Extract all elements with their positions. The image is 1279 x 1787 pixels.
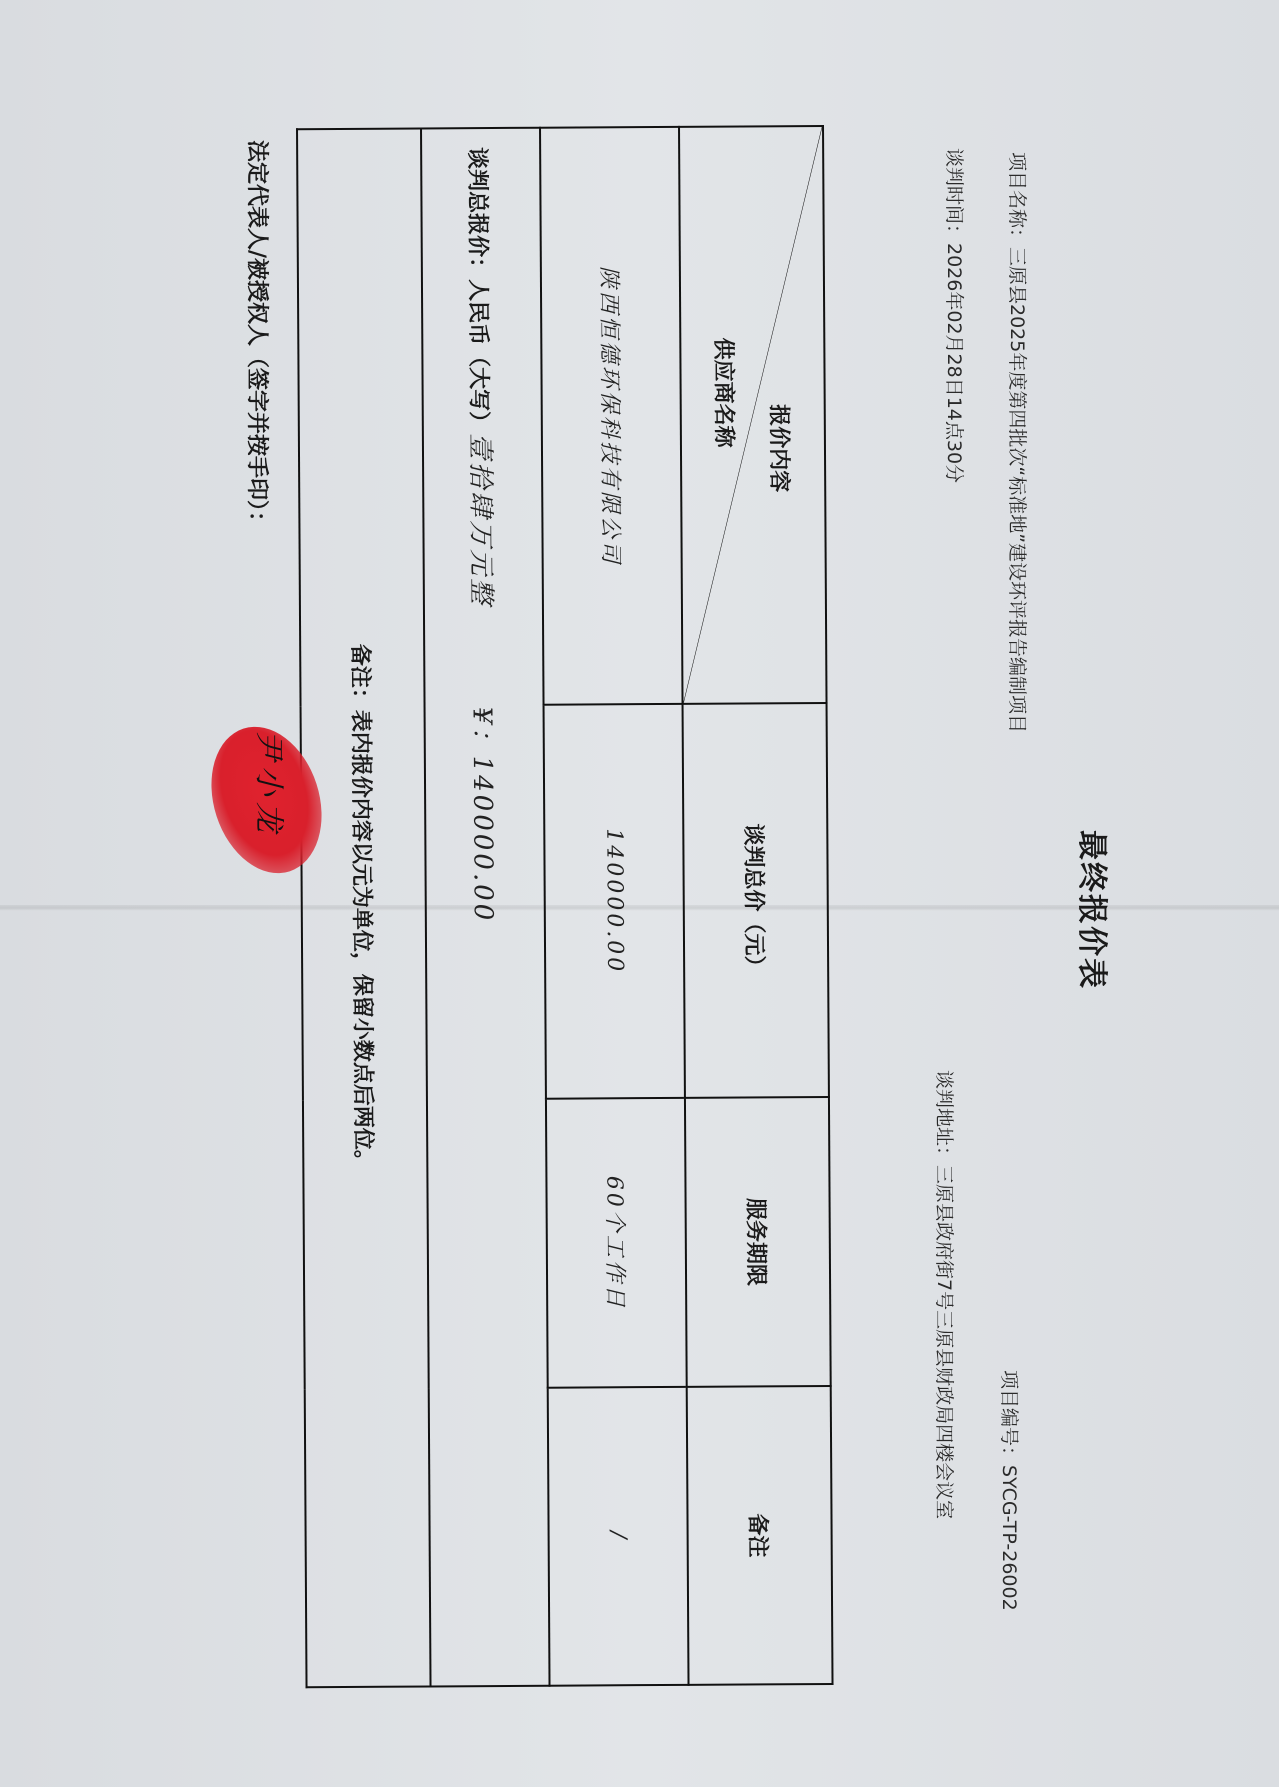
project-code: 项目编号：SYCG-TP-26002 bbox=[997, 1370, 1024, 1611]
total-price: 140000.00 bbox=[544, 704, 685, 1099]
supplier-name: 陕西恒德环保科技有限公司 bbox=[540, 127, 683, 705]
quote-table: 报价内容 供应商名称 谈判总价（元） 服务期限 备注 陕西恒德环保科技有限公司 … bbox=[296, 125, 834, 1688]
signature-name: 尹小龙 bbox=[250, 730, 294, 838]
header-remark: 备注 bbox=[687, 1386, 833, 1685]
header-supplier-name: 供应商名称 bbox=[709, 338, 741, 448]
page-title: 最终报价表 bbox=[1073, 830, 1117, 990]
total-label: 谈判总报价：人民币（大写） bbox=[464, 147, 491, 433]
header-quote-content: 报价内容 bbox=[765, 404, 797, 492]
negotiation-time: 谈判时间：2026年02月28日14点30分 bbox=[942, 148, 969, 483]
total-cell: 谈判总报价：人民币（大写）壹拾肆万元整¥：140000.00 bbox=[421, 128, 550, 1687]
diagonal-header-cell: 报价内容 供应商名称 bbox=[679, 126, 827, 704]
table-row: 陕西恒德环保科技有限公司 140000.00 60个工作日 / bbox=[540, 127, 689, 1686]
header-total-price: 谈判总价（元） bbox=[683, 703, 829, 1098]
diagonal-line-icon bbox=[680, 127, 826, 703]
negotiation-address: 谈判地址：三原县政府街7号三原县财政局四楼会议室 bbox=[932, 1070, 959, 1519]
total-words: 壹拾肆万元整 bbox=[465, 433, 496, 607]
table-header-row: 报价内容 供应商名称 谈判总价（元） 服务期限 备注 bbox=[679, 126, 833, 1685]
service-period: 60个工作日 bbox=[546, 1098, 687, 1388]
project-name: 项目名称：三原县2025年度第四批次“标准地”建设环评报告编制项目 bbox=[1005, 152, 1032, 733]
quote-form-page: 最终报价表 项目名称：三原县2025年度第四批次“标准地”建设环评报告编制项目 … bbox=[0, 0, 1279, 1787]
header-service-period: 服务期限 bbox=[685, 1097, 831, 1387]
total-amount: ¥：140000.00 bbox=[467, 707, 498, 923]
signature-label: 法定代表人/被授权人（签字并按手印）： bbox=[243, 140, 274, 533]
total-row: 谈判总报价：人民币（大写）壹拾肆万元整¥：140000.00 bbox=[421, 128, 550, 1687]
remark: / bbox=[548, 1387, 689, 1686]
note-text: 备注：表内报价内容以元为单位，保留小数点后两位。 bbox=[297, 128, 431, 1687]
note-row: 备注：表内报价内容以元为单位，保留小数点后两位。 bbox=[297, 128, 431, 1687]
